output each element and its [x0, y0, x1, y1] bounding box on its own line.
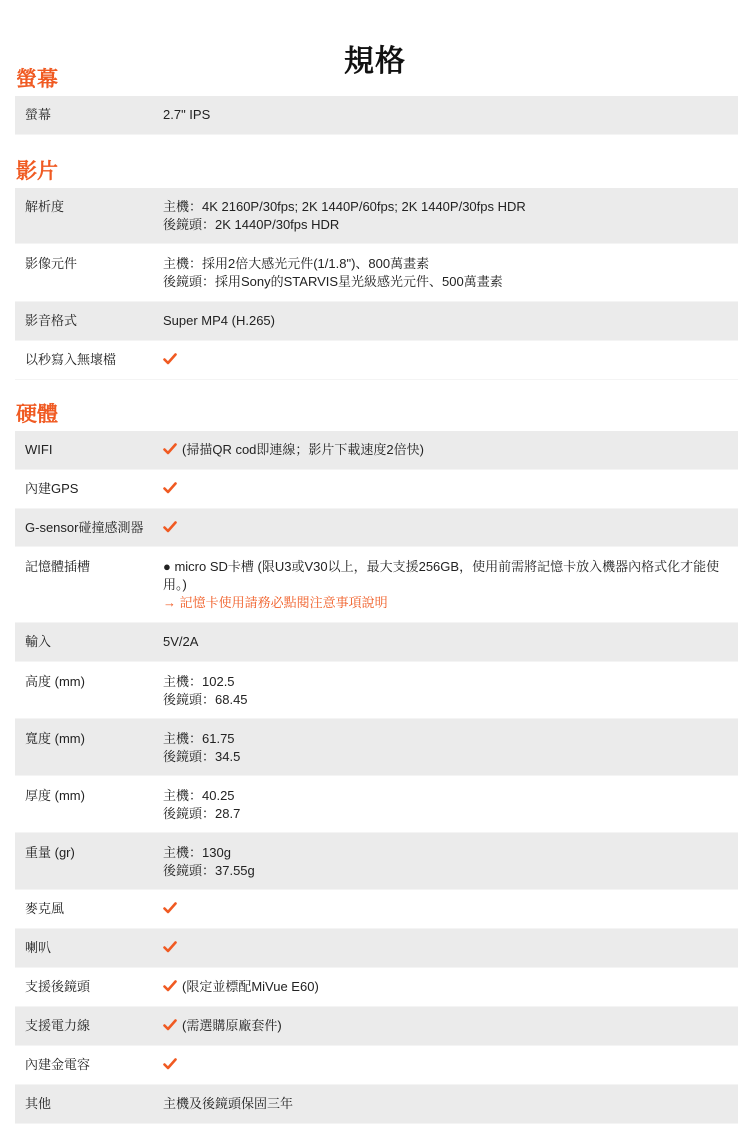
spec-note: (限定並標配MiVue E60): [182, 979, 319, 994]
spec-table-screen: 螢幕 2.7" IPS: [15, 96, 738, 135]
spec-value: (需選購原廠套件): [163, 1017, 738, 1035]
spec-label: 重量 (gr): [15, 844, 163, 862]
spec-label: 喇叭: [15, 939, 163, 957]
spec-value: [163, 351, 738, 369]
checkmark-icon: [163, 520, 177, 534]
spec-label: WIFI: [15, 441, 163, 459]
spec-row-video-format: 影音格式 Super MP4 (H.265): [15, 302, 738, 341]
spec-label: 厚度 (mm): [15, 787, 163, 805]
spec-label: G-sensor碰撞感測器: [15, 519, 163, 537]
spec-label: 支援電力線: [15, 1017, 163, 1035]
memory-card-notice-link[interactable]: → 記憶卡使用請務必點閱注意事項說明: [163, 594, 724, 612]
value-line: 後鏡頭：採用Sony的STARVIS星光級感光元件、500萬畫素: [163, 273, 724, 291]
spec-row-memory-slot: 記憶體插槽 ● micro SD卡槽 (限U3或V30以上，最大支援256GB，…: [15, 547, 738, 623]
spec-row-power-cable: 支援電力線 (需選購原廠套件): [15, 1007, 738, 1046]
spec-row-weight: 重量 (gr) 主機：130g 後鏡頭：37.55g: [15, 833, 738, 890]
checkmark-icon: [163, 1018, 177, 1032]
value-line: 主機：130g: [163, 844, 724, 862]
spec-value: 2.7" IPS: [163, 106, 738, 124]
value-line: ● micro SD卡槽 (限U3或V30以上，最大支援256GB，使用前需將記…: [163, 558, 724, 576]
checkmark-icon: [163, 442, 177, 456]
value-line: 後鏡頭：34.5: [163, 748, 724, 766]
value-line: 2.7" IPS: [163, 106, 724, 124]
spec-label: 麥克風: [15, 900, 163, 918]
value-line: 5V/2A: [163, 633, 724, 651]
spec-value: 主機：4K 2160P/30fps; 2K 1440P/60fps; 2K 14…: [163, 198, 738, 234]
spec-row-supercapacitor: 內建金電容: [15, 1046, 738, 1085]
checkmark-icon: [163, 979, 177, 993]
value-line: 主機：102.5: [163, 673, 724, 691]
section-heading-video: 影片: [15, 158, 738, 188]
spec-label: 高度 (mm): [15, 673, 163, 691]
spec-row-wifi: WIFI (掃描QR cod即連線；影片下載速度2倍快): [15, 431, 738, 470]
spec-row-g-sensor: G-sensor碰撞感測器: [15, 509, 738, 547]
spec-table-hardware: WIFI (掃描QR cod即連線；影片下載速度2倍快) 內建GPS G-sen…: [15, 431, 738, 1124]
value-line: 後鏡頭：37.55g: [163, 862, 724, 880]
section-video: 影片 解析度 主機：4K 2160P/30fps; 2K 1440P/60fps…: [15, 158, 738, 380]
value-line: 後鏡頭：28.7: [163, 805, 724, 823]
checkmark-icon: [163, 1057, 177, 1071]
spec-value: 主機：130g 後鏡頭：37.55g: [163, 844, 738, 880]
spec-value: 主機：40.25 後鏡頭：28.7: [163, 787, 738, 823]
spec-row-resolution: 解析度 主機：4K 2160P/30fps; 2K 1440P/60fps; 2…: [15, 188, 738, 244]
checkmark-icon: [163, 940, 177, 954]
spec-value: (限定並標配MiVue E60): [163, 978, 738, 996]
value-line: 主機：採用2倍大感光元件(1/1.8")、800萬畫素: [163, 255, 724, 273]
checkmark-icon: [163, 901, 177, 915]
spec-value: 主機：102.5 後鏡頭：68.45: [163, 673, 738, 709]
spec-row-image-sensor: 影像元件 主機：採用2倍大感光元件(1/1.8")、800萬畫素 後鏡頭：採用S…: [15, 244, 738, 302]
spec-label: 其他: [15, 1095, 163, 1113]
section-heading-hardware: 硬體: [15, 401, 738, 431]
spec-row-no-corrupt-files: 以秒寫入無壞檔: [15, 341, 738, 380]
spec-row-screen: 螢幕 2.7" IPS: [15, 96, 738, 135]
checkmark-icon: [163, 481, 177, 495]
spec-row-input: 輸入 5V/2A: [15, 623, 738, 662]
value-line: 後鏡頭：2K 1440P/30fps HDR: [163, 216, 724, 234]
spec-note: (掃描QR cod即連線；影片下載速度2倍快): [182, 442, 424, 457]
spec-table-video: 解析度 主機：4K 2160P/30fps; 2K 1440P/60fps; 2…: [15, 188, 738, 380]
spec-label: 解析度: [15, 198, 163, 216]
spec-value: [163, 900, 738, 918]
value-line: 後鏡頭：68.45: [163, 691, 724, 709]
section-screen: 螢幕 螢幕 2.7" IPS: [15, 66, 738, 135]
spec-value: [163, 519, 738, 537]
spec-row-other: 其他 主機及後鏡頭保固三年: [15, 1085, 738, 1124]
spec-label: 影音格式: [15, 312, 163, 330]
spec-row-rear-camera: 支援後鏡頭 (限定並標配MiVue E60): [15, 968, 738, 1007]
spec-value: 主機及後鏡頭保固三年: [163, 1095, 738, 1113]
spec-value: 主機：61.75 後鏡頭：34.5: [163, 730, 738, 766]
spec-label: 記憶體插槽: [15, 558, 163, 576]
spec-row-gps: 內建GPS: [15, 470, 738, 509]
spec-row-width: 寬度 (mm) 主機：61.75 後鏡頭：34.5: [15, 719, 738, 776]
spec-value: Super MP4 (H.265): [163, 312, 738, 330]
spec-label: 影像元件: [15, 255, 163, 273]
value-line: 用。): [163, 576, 724, 594]
spec-label: 輸入: [15, 633, 163, 651]
spec-row-height: 高度 (mm) 主機：102.5 後鏡頭：68.45: [15, 662, 738, 719]
value-line: Super MP4 (H.265): [163, 312, 724, 330]
spec-row-microphone: 麥克風: [15, 890, 738, 929]
spec-value: 5V/2A: [163, 633, 738, 651]
spec-label: 內建GPS: [15, 480, 163, 498]
checkmark-icon: [163, 352, 177, 366]
spec-row-depth: 厚度 (mm) 主機：40.25 後鏡頭：28.7: [15, 776, 738, 833]
spec-note: (需選購原廠套件): [182, 1018, 282, 1033]
spec-value: [163, 1056, 738, 1074]
value-line: 主機及後鏡頭保固三年: [163, 1095, 724, 1113]
value-line: 主機：61.75: [163, 730, 724, 748]
spec-label: 寬度 (mm): [15, 730, 163, 748]
section-hardware: 硬體 WIFI (掃描QR cod即連線；影片下載速度2倍快) 內建GPS G-…: [15, 401, 738, 1124]
spec-label: 以秒寫入無壞檔: [15, 351, 163, 369]
spec-label: 螢幕: [15, 106, 163, 124]
section-heading-screen: 螢幕: [15, 66, 738, 96]
spec-value: ● micro SD卡槽 (限U3或V30以上，最大支援256GB，使用前需將記…: [163, 558, 738, 612]
value-line: 主機：4K 2160P/30fps; 2K 1440P/60fps; 2K 14…: [163, 198, 724, 216]
spec-label: 支援後鏡頭: [15, 978, 163, 996]
spec-value: 主機：採用2倍大感光元件(1/1.8")、800萬畫素 後鏡頭：採用Sony的S…: [163, 255, 738, 291]
spec-value: [163, 939, 738, 957]
spec-value: [163, 480, 738, 498]
value-line: 主機：40.25: [163, 787, 724, 805]
spec-label: 內建金電容: [15, 1056, 163, 1074]
spec-value: (掃描QR cod即連線；影片下載速度2倍快): [163, 441, 738, 459]
spec-row-speaker: 喇叭: [15, 929, 738, 968]
